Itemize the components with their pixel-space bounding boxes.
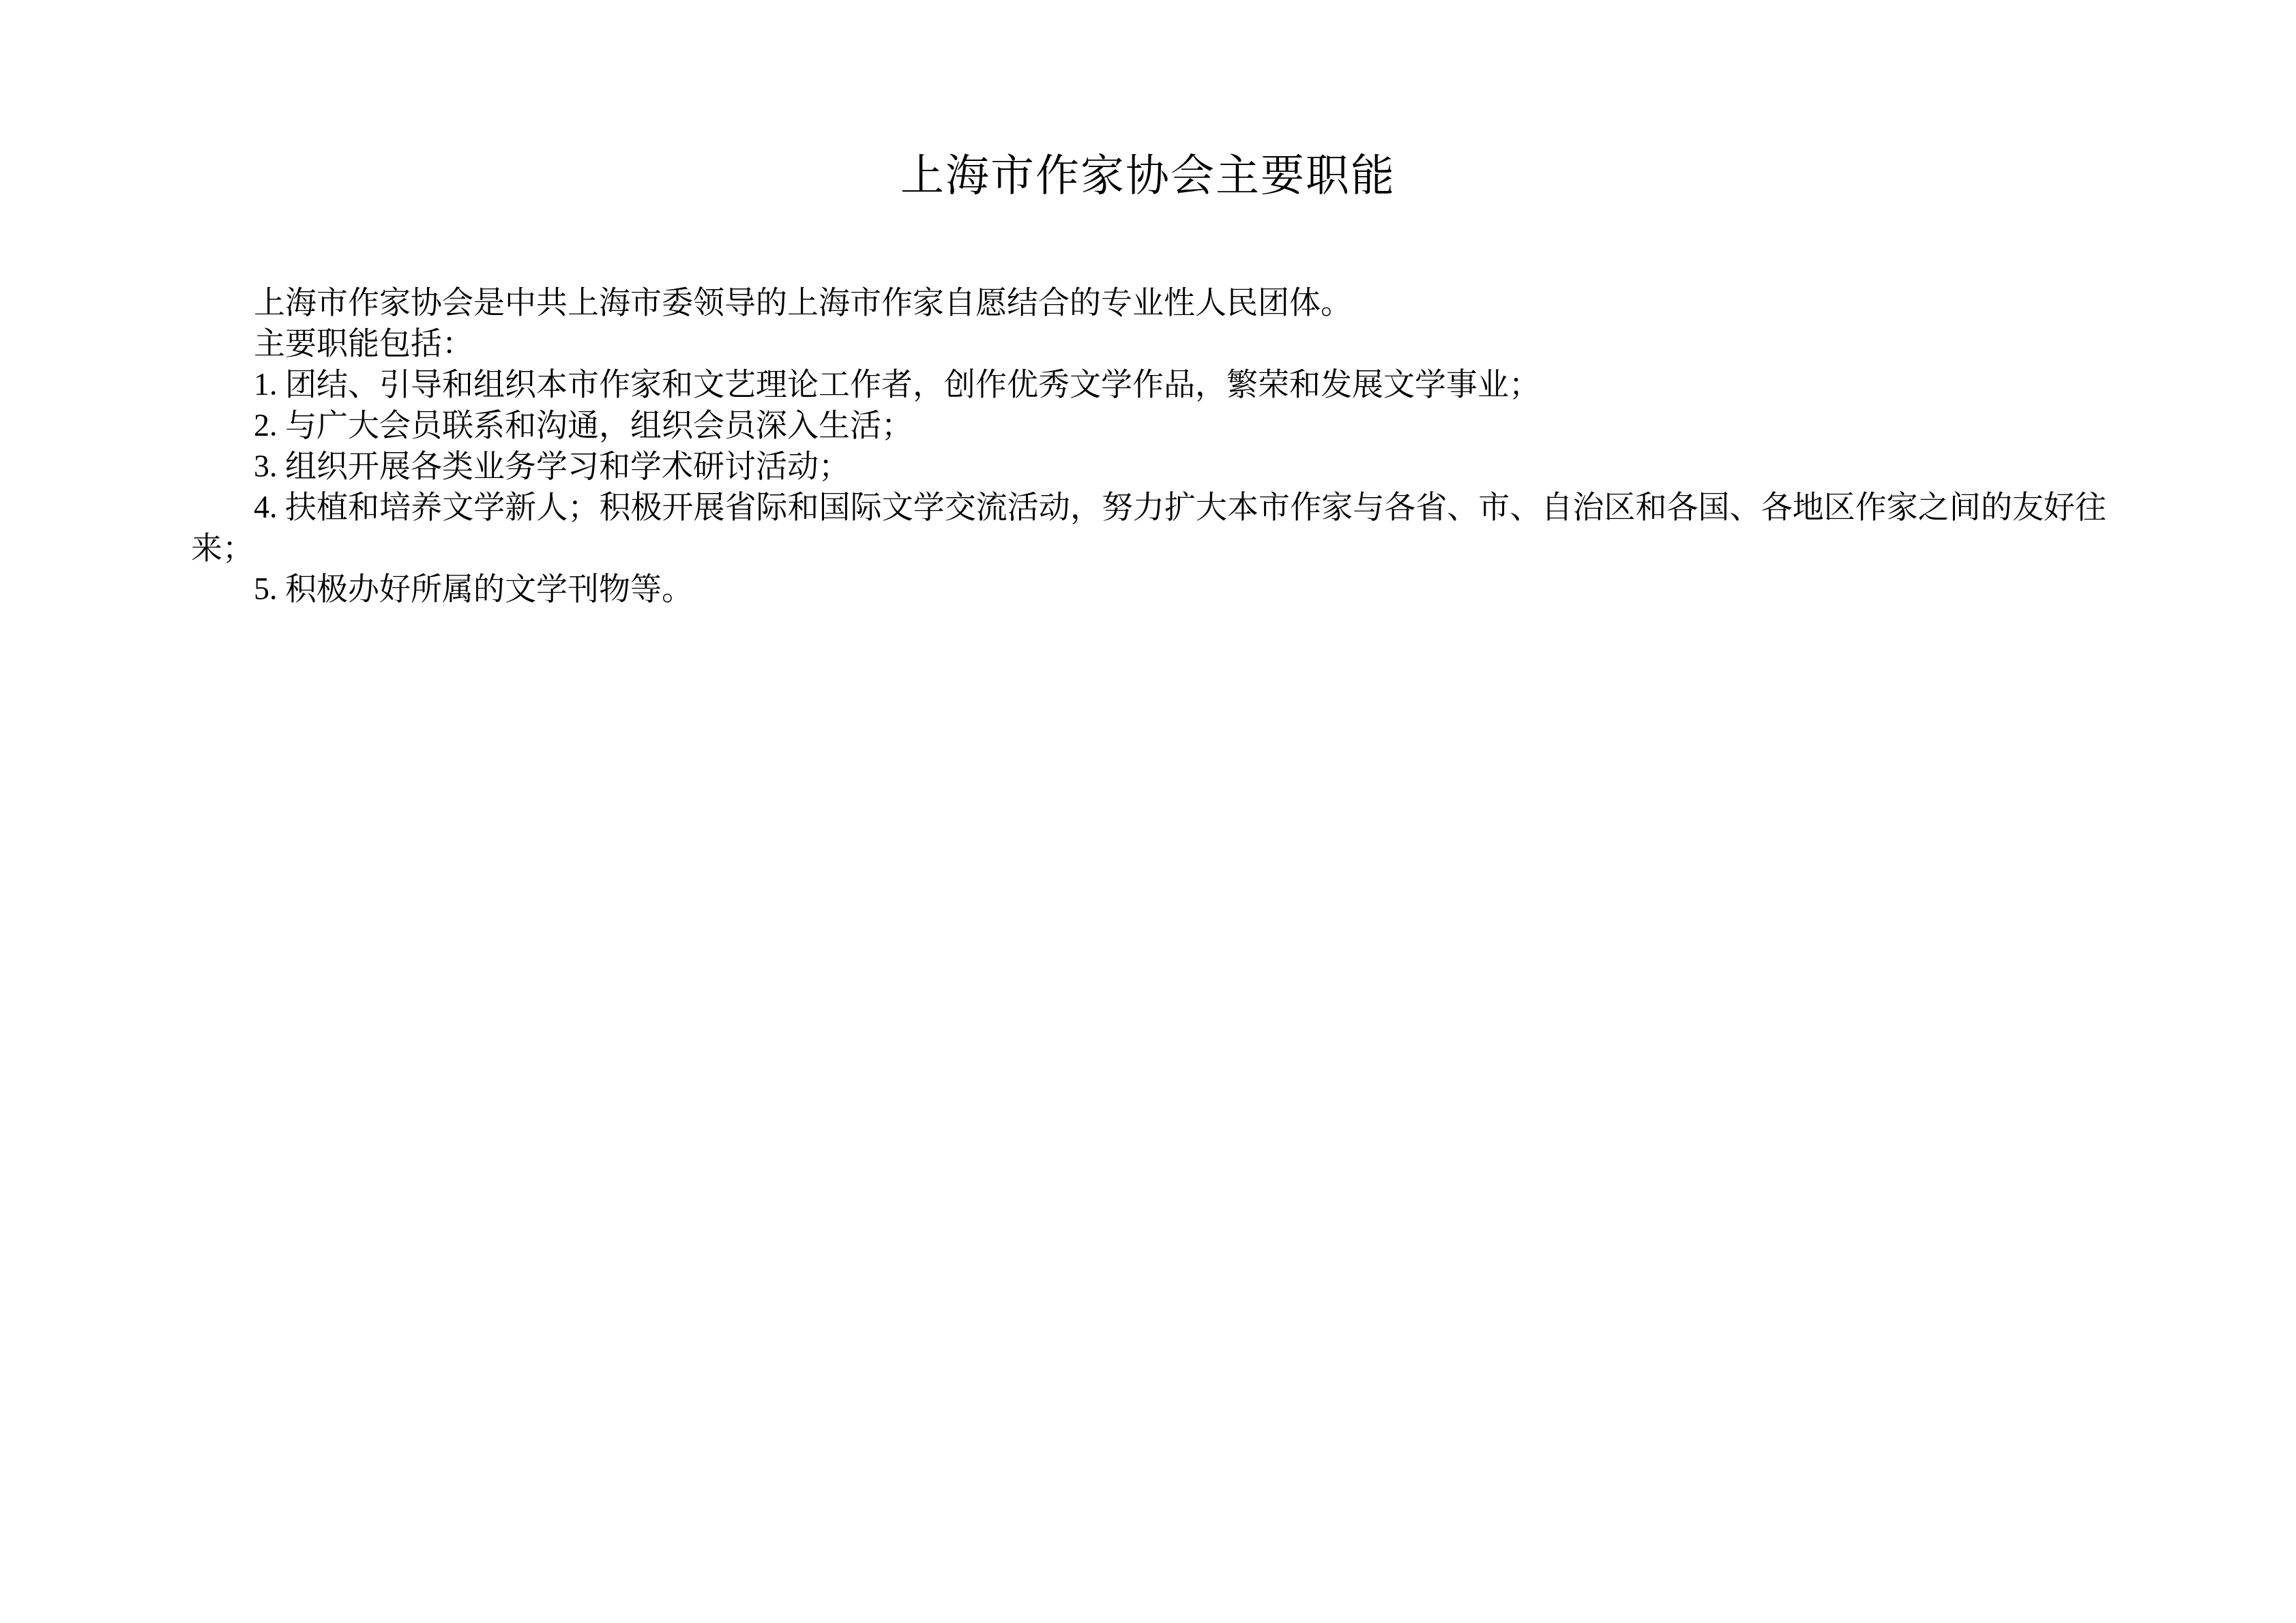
function-item-5: 5. 积极办好所属的文学刊物等。 xyxy=(191,569,2106,610)
function-item-3: 3. 组织开展各类业务学习和学术研讨活动； xyxy=(191,446,2106,487)
functions-lead-in: 主要职能包括： xyxy=(191,323,2106,364)
function-item-2: 2. 与广大会员联系和沟通，组织会员深入生活； xyxy=(191,405,2106,446)
document-title: 上海市作家协会主要职能 xyxy=(0,0,2296,200)
function-item-4: 4. 扶植和培养文学新人；积极开展省际和国际文学交流活动，努力扩大本市作家与各省… xyxy=(191,487,2106,569)
document-body: 上海市作家协会是中共上海市委领导的上海市作家自愿结合的专业性人民团体。 主要职能… xyxy=(191,282,2106,610)
function-item-1: 1. 团结、引导和组织本市作家和文艺理论工作者，创作优秀文学作品，繁荣和发展文学… xyxy=(191,364,2106,405)
document-page: 上海市作家协会主要职能 上海市作家协会是中共上海市委领导的上海市作家自愿结合的专… xyxy=(0,0,2296,1623)
intro-paragraph: 上海市作家协会是中共上海市委领导的上海市作家自愿结合的专业性人民团体。 xyxy=(191,282,2106,323)
